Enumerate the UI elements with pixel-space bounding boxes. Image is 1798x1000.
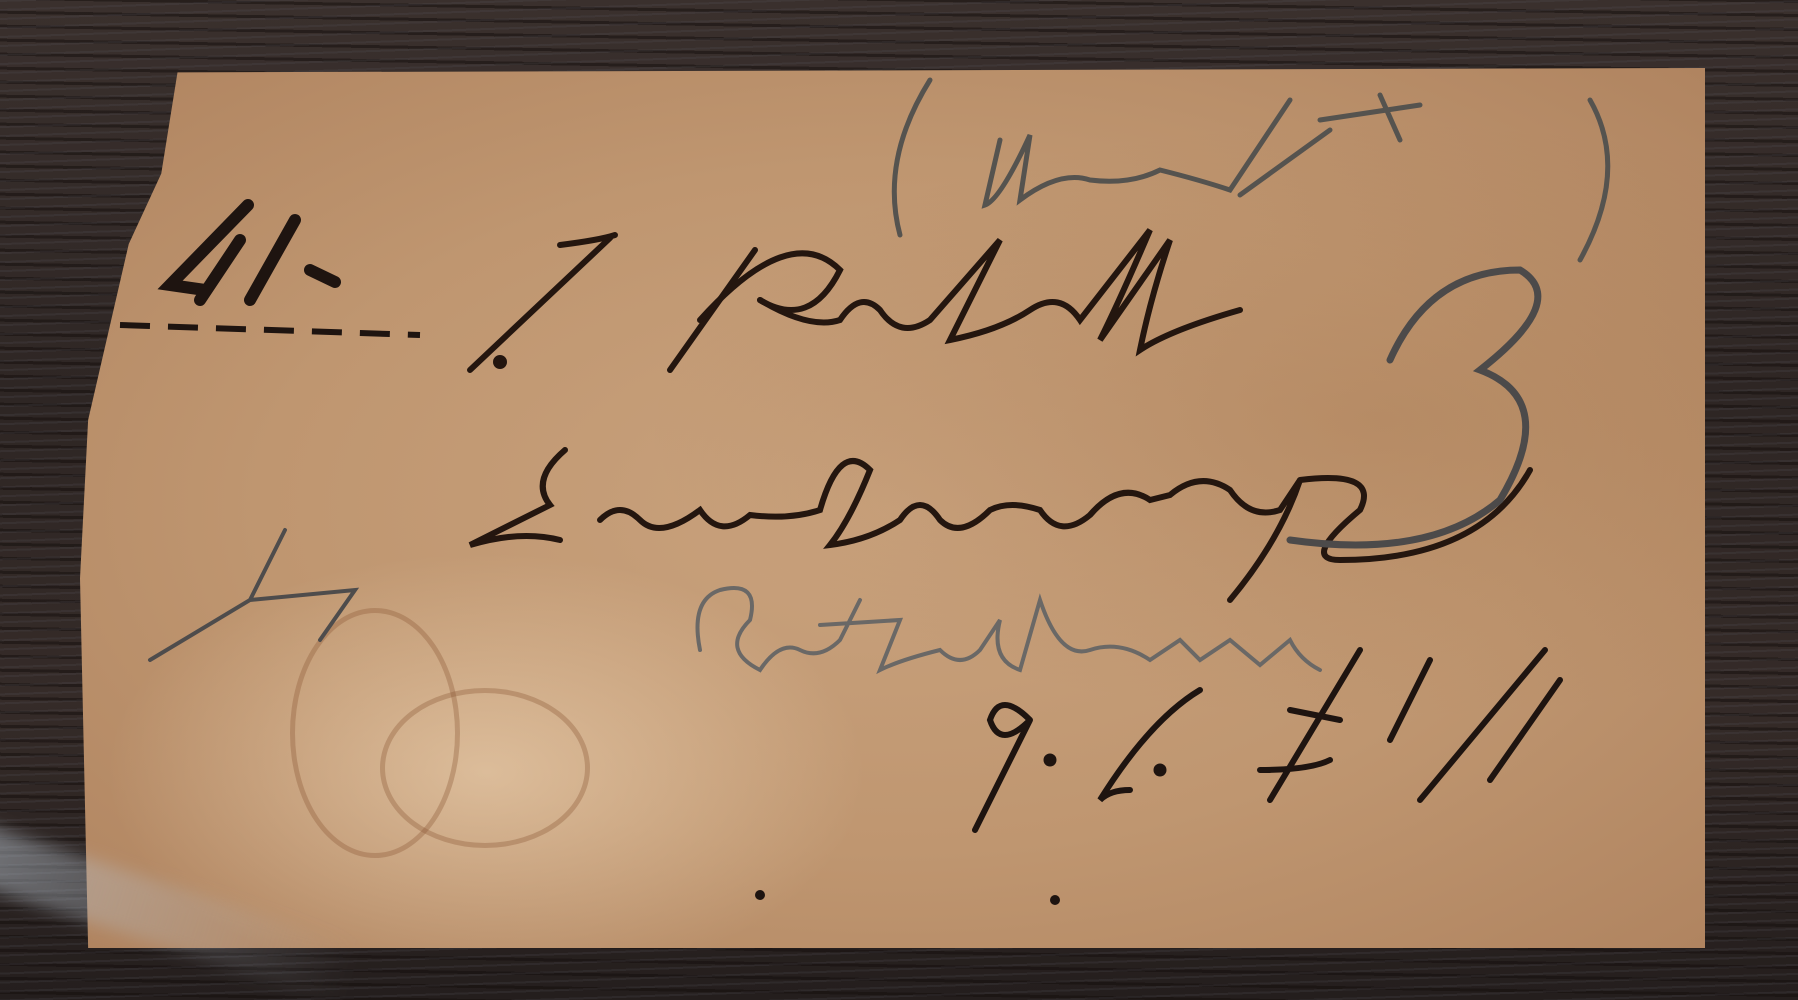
lot-number-strokes <box>170 205 335 300</box>
price-strokes <box>975 650 1560 830</box>
rotterdam-strokes <box>698 588 1321 670</box>
utrecht-strokes <box>894 80 1607 260</box>
pencil-numeral-3 <box>1290 270 1538 545</box>
dash-line <box>120 325 420 335</box>
title-strokes <box>470 450 1530 600</box>
pencil-mark-v <box>150 530 355 660</box>
artist-strokes <box>470 230 1240 370</box>
handwriting-layer <box>0 0 1798 1000</box>
ink-dot <box>1050 895 1060 905</box>
ink-dot <box>755 890 765 900</box>
